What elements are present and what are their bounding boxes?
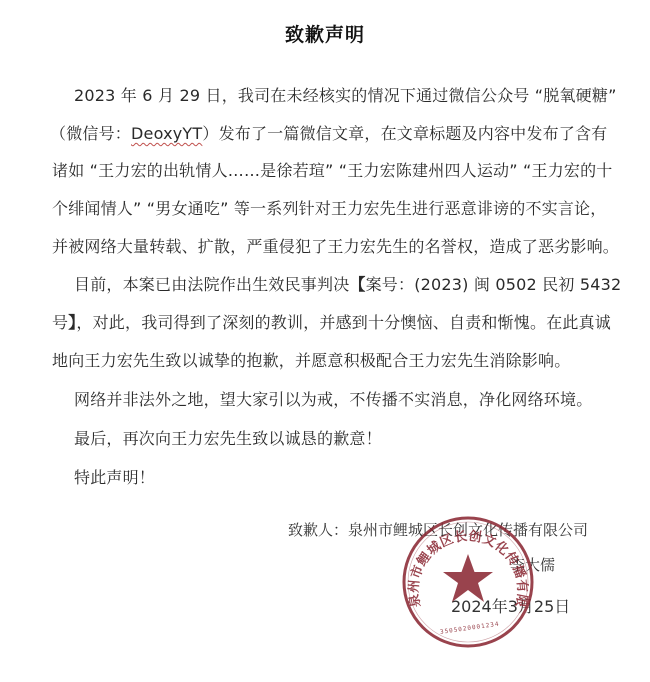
- paragraph-1-line-5: 并被网络大量转载、扩散，严重侵犯了王力宏先生的名誉权，造成了恶劣影响。: [52, 237, 619, 257]
- paragraph-2-line-2-rest: ，对此，我司得到了深刻的教训，并感到十分懊恼、自责和惭愧。在此真诚: [76, 313, 611, 332]
- svg-text:3505020001234: 3505020001234: [440, 621, 500, 636]
- paragraph-1-line-2-rest: ）发布了一篇微信文章，在文章标题及内容中发布了含有: [202, 124, 607, 143]
- paragraph-2-line-1: 目前，本案已由法院作出生效民事判决【案号：(2023) 闽 0502 民初 54…: [74, 275, 621, 295]
- wechat-label: （微信号：: [50, 124, 131, 143]
- paragraph-2-line-3: 地向王力宏先生致以诚挚的抱歉，并愿意积极配合王力宏先生消除影响。: [52, 351, 570, 371]
- signature-date: 2024年3月25日: [451, 594, 570, 617]
- paragraph-3: 网络并非法外之地，望大家引以为戒，不传播不实消息，净化网络环境。: [74, 390, 592, 410]
- paragraph-1-line-2: （微信号：DeoxyYT）发布了一篇微信文章，在文章标题及内容中发布了含有: [50, 124, 607, 144]
- document-title: 致歉声明: [0, 20, 650, 47]
- case-open-bracket: 【: [349, 275, 365, 294]
- signature-company: 泉州市鲤城区长创文化传播有限公司: [348, 521, 588, 539]
- paragraph-1-line-4: 个绯闻情人” “男女通吃” 等一系列针对王力宏先生进行恶意诽谤的不实言论，: [52, 199, 606, 219]
- signature-representative: 李大儒: [510, 554, 555, 575]
- case-number-end: 号: [52, 313, 68, 332]
- paragraph-1-line-1: 2023 年 6 月 29 日，我司在未经核实的情况下通过微信公众号 “脱氧硬糖…: [74, 86, 617, 106]
- signature-label: 致歉人：: [288, 521, 348, 539]
- paragraph-2-line-2: 号】，对此，我司得到了深刻的教训，并感到十分懊恼、自责和惭愧。在此真诚: [52, 313, 611, 333]
- paragraph-2-intro: 目前，本案已由法院作出生效民事判决: [74, 275, 349, 294]
- paragraph-1-line-3: 诸如 “王力宏的出轨情人……是徐若瑄” “王力宏陈建州四人运动” “王力宏的十: [52, 161, 613, 181]
- case-number: 案号：(2023) 闽 0502 民初 5432: [366, 275, 622, 294]
- wechat-id: DeoxyYT: [131, 124, 202, 143]
- paragraph-4: 最后，再次向王力宏先生致以诚恳的歉意！: [74, 429, 382, 449]
- signature-company-line: 致歉人：泉州市鲤城区长创文化传播有限公司: [288, 519, 588, 540]
- paragraph-5: 特此声明！: [74, 468, 155, 488]
